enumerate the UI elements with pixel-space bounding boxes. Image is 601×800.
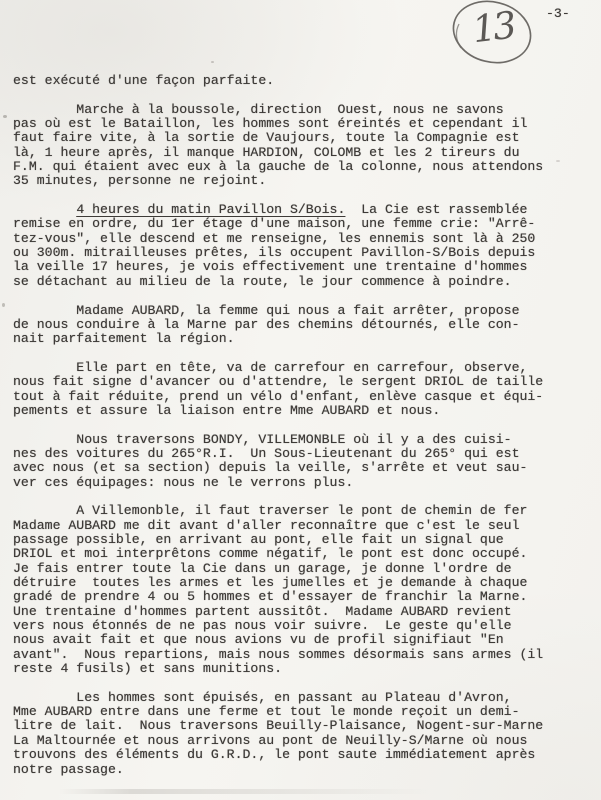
- paragraph-8: Les hommes sont épuisés, en passant au P…: [13, 691, 543, 777]
- document-page: 13 -3- est exécuté d'une façon parfaite.…: [0, 0, 601, 800]
- paragraph-1: est exécuté d'une façon parfaite.: [13, 74, 543, 88]
- document-text: est exécuté d'une façon parfaite. Marche…: [13, 74, 543, 777]
- scan-speck: [3, 115, 7, 118]
- paragraph-3-indent: [13, 202, 76, 217]
- paragraph-3-underlined-heading: 4 heures du matin Pavillon S/Bois.: [76, 202, 345, 217]
- scan-speck: [556, 160, 560, 162]
- scan-speck: [2, 303, 5, 307]
- paragraph-3: 4 heures du matin Pavillon S/Bois. La Ci…: [13, 203, 543, 289]
- scan-smudge: [58, 789, 430, 794]
- paragraph-7: A Villemonble, il faut traverser le pont…: [13, 504, 543, 676]
- paragraph-2: Marche à la boussole, direction Ouest, n…: [13, 103, 543, 189]
- paragraph-6: Nous traversons BONDY, VILLEMONBLE où il…: [13, 433, 543, 490]
- scan-speck: [211, 61, 214, 63]
- page-number: -3-: [546, 6, 570, 21]
- handwritten-page-number: 13: [463, 3, 524, 53]
- paragraph-4: Madame AUBARD, la femme qui nous a fait …: [13, 304, 543, 347]
- paragraph-5: Elle part en tête, va de carrefour en ca…: [13, 361, 543, 418]
- pencil-circle-annotation: 13: [443, 0, 543, 70]
